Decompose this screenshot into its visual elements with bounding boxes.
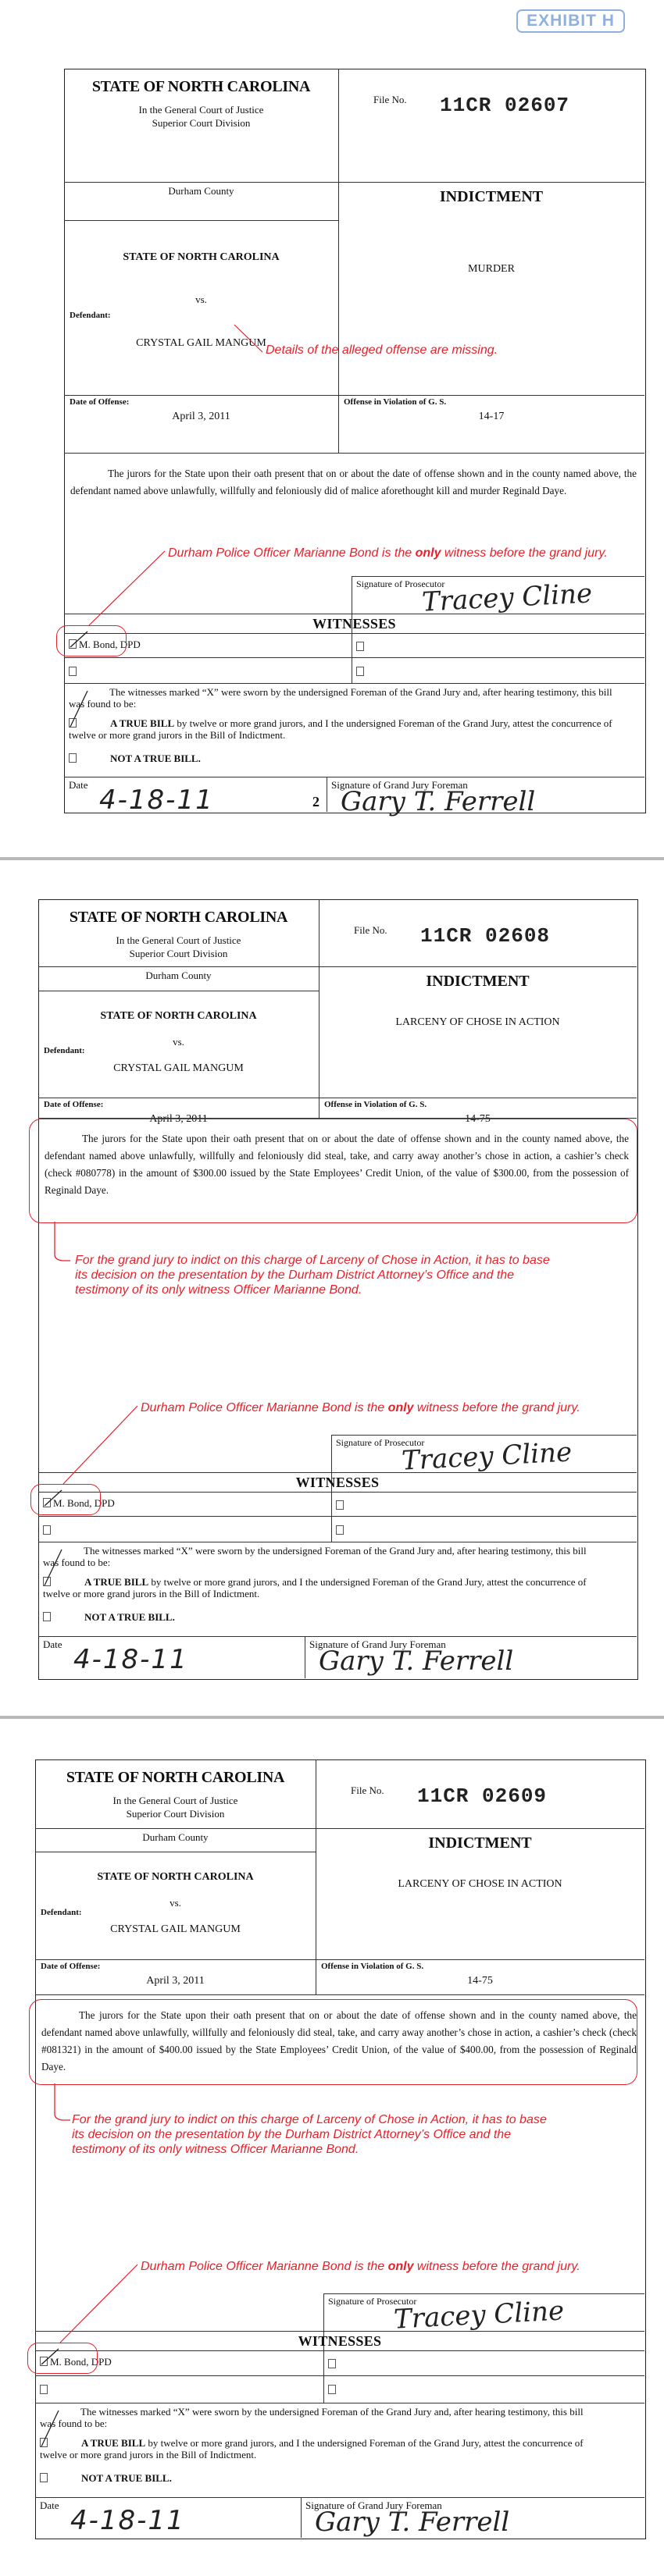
true-bill-text: by twelve or more grand jurors, and I th… — [145, 2437, 584, 2449]
page-separator — [0, 857, 664, 860]
annotation-text: Durham Police Officer Marianne Bond is t… — [141, 2260, 388, 2273]
offense-title: LARCENY OF CHOSE IN ACTION — [319, 1016, 637, 1029]
true-bill-label: A TRUE BILL — [81, 2437, 145, 2449]
date-foreman-divider — [327, 777, 327, 812]
indictment-heading: INDICTMENT — [316, 1834, 644, 1852]
witnesses-heading: WITNESSES — [35, 2333, 644, 2350]
offense-gs: 14-17 — [338, 411, 644, 423]
rule-line — [38, 1472, 637, 1473]
witness-checkbox-empty[interactable] — [336, 1499, 346, 1513]
true-bill-text-cont: twelve or more grand jurors in the Bill … — [69, 729, 285, 742]
court-line-2: Superior Court Division — [35, 1808, 316, 1820]
sworn-statement: The witnesses marked “X” were sworn by t… — [84, 1545, 587, 1557]
file-no-label: File No. — [373, 94, 407, 106]
annotation-text: Durham Police Officer Marianne Bond is t… — [168, 546, 416, 560]
true-bill-option: A TRUE BILL by twelve or more grand juro… — [40, 2437, 584, 2450]
rule-line — [35, 2350, 644, 2351]
witness-checkbox-empty[interactable] — [356, 665, 366, 679]
file-no-label: File No. — [351, 1784, 384, 1797]
court-line-1: In the General Court of Justice — [38, 934, 319, 947]
rule-line — [38, 1098, 637, 1098]
date-foreman-divider — [305, 1636, 305, 1678]
true-bill-checkbox[interactable] — [40, 2438, 48, 2447]
indictment-heading: INDICTMENT — [338, 188, 644, 206]
true-bill-option: A TRUE BILL by twelve or more grand juro… — [43, 1576, 587, 1589]
larceny-annotation: For the grand jury to indict on this cha… — [75, 1253, 550, 1297]
date-of-offense-label: Date of Offense: — [70, 397, 129, 407]
true-bill-text: by twelve or more grand jurors, and I th… — [148, 1576, 587, 1588]
prosecutor-signature-rule — [323, 2293, 644, 2294]
witness-highlight-oval — [27, 2343, 98, 2374]
date-of-offense-label: Date of Offense: — [41, 1962, 100, 1971]
rule-line — [35, 2403, 644, 2403]
county: Durham County — [35, 1831, 316, 1844]
date-label: Date — [43, 1638, 62, 1651]
larceny-annotation-line: For the grand jury to indict on this cha… — [72, 2112, 547, 2127]
rule-line — [35, 2375, 644, 2376]
rule-line — [64, 220, 338, 221]
true-bill-text-cont: twelve or more grand jurors in the Bill … — [40, 2449, 256, 2461]
rule-line — [64, 777, 644, 777]
offense-gs-label: Offense in Violation of G. S. — [344, 397, 446, 407]
defendant-name: CRYSTAL GAIL MANGUM — [38, 1062, 319, 1075]
witness-checkbox-empty[interactable] — [328, 2357, 338, 2371]
defendant-label: Defendant: — [41, 1908, 82, 1917]
rule-line — [35, 2497, 644, 2498]
file-no-label: File No. — [354, 924, 387, 937]
indictment-heading: INDICTMENT — [319, 973, 637, 991]
date-label: Date — [69, 779, 88, 792]
true-bill-text: by twelve or more grand jurors, and I th… — [174, 717, 612, 729]
date-of-offense: April 3, 2011 — [35, 1975, 316, 1987]
sworn-statement-cont: was found to be: — [43, 1557, 110, 1569]
true-bill-text-cont: twelve or more grand jurors in the Bill … — [43, 1588, 259, 1600]
caption-state: STATE OF NORTH CAROLINA — [38, 1010, 319, 1023]
file-number: 11CR 02608 — [420, 924, 550, 948]
indictment-form — [64, 69, 646, 813]
date-of-offense: April 3, 2011 — [64, 411, 338, 423]
annotation-emphasis: only — [416, 546, 441, 560]
handwritten-date: 4-18-11 — [73, 1644, 188, 1675]
rule-line — [338, 182, 644, 183]
rule-line — [38, 991, 319, 991]
larceny-annotation: For the grand jury to indict on this cha… — [72, 2112, 547, 2157]
court-line-2: Superior Court Division — [38, 948, 319, 960]
court-state-title: STATE OF NORTH CAROLINA — [35, 1769, 316, 1787]
not-true-bill-checkbox[interactable] — [69, 753, 77, 763]
prosecutor-signature-rule — [331, 1435, 637, 1436]
rule-line — [64, 657, 644, 658]
foreman-signature: Gary T. Ferrell — [341, 786, 535, 817]
foreman-signature: Gary T. Ferrell — [315, 2507, 509, 2538]
not-true-bill-label: NOT A TRUE BILL. — [110, 753, 201, 764]
witness-checkbox-empty[interactable] — [356, 640, 366, 654]
defendant-name: CRYSTAL GAIL MANGUM — [35, 1923, 316, 1936]
annotation-text: witness before the grand jury. — [413, 2260, 580, 2273]
offense-title: LARCENY OF CHOSE IN ACTION — [316, 1878, 644, 1891]
date-of-offense-label: Date of Offense: — [44, 1100, 103, 1109]
offense-gs: 14-75 — [316, 1975, 644, 1987]
true-bill-option: A TRUE BILL by twelve or more grand juro… — [69, 717, 612, 730]
rule-line — [64, 614, 644, 614]
not-true-bill-label: NOT A TRUE BILL. — [84, 1611, 175, 1623]
offense-gs-label: Offense in Violation of G. S. — [321, 1962, 423, 1971]
rule-line — [35, 1959, 644, 1960]
witnesses-heading: WITNESSES — [38, 1475, 637, 1491]
defendant-label: Defendant: — [44, 1046, 85, 1055]
witness-checkbox-empty[interactable] — [43, 1524, 53, 1538]
witness-checkbox-empty[interactable] — [336, 1524, 346, 1538]
larceny-annotation-line: its decision on the presentation by the … — [72, 2127, 547, 2142]
court-state-title: STATE OF NORTH CAROLINA — [64, 78, 338, 96]
rule-line — [64, 453, 644, 454]
body-highlight-box — [29, 1999, 637, 2085]
not-true-bill-option: NOT A TRUE BILL. — [40, 2472, 172, 2485]
not-true-bill-label: NOT A TRUE BILL. — [81, 2472, 172, 2484]
witness-checkbox-empty[interactable] — [328, 2383, 338, 2397]
caption-state: STATE OF NORTH CAROLINA — [35, 1871, 316, 1884]
court-state-title: STATE OF NORTH CAROLINA — [38, 909, 319, 927]
court-line-2: Superior Court Division — [64, 117, 338, 130]
exhibit-label: EXHIBIT H — [516, 9, 625, 33]
caption-state: STATE OF NORTH CAROLINA — [64, 251, 338, 264]
true-bill-label: A TRUE BILL — [84, 1576, 148, 1588]
rule-line — [35, 1852, 316, 1852]
offense-gs-label: Offense in Violation of G. S. — [324, 1100, 427, 1109]
page-marker: 2 — [312, 794, 320, 810]
caption-vs: vs. — [64, 294, 338, 306]
court-line-1: In the General Court of Justice — [64, 104, 338, 116]
file-number: 11CR 02609 — [417, 1784, 547, 1808]
handwritten-date: 4-18-11 — [99, 785, 214, 816]
offense-title: MURDER — [338, 263, 644, 276]
rule-line — [38, 1542, 637, 1542]
county: Durham County — [38, 970, 319, 982]
only-witness-annotation: Durham Police Officer Marianne Bond is t… — [168, 546, 608, 560]
page-separator — [0, 1716, 664, 1719]
not-true-bill-option: NOT A TRUE BILL. — [69, 753, 201, 765]
rule-line — [316, 1828, 644, 1829]
annotation-emphasis: only — [388, 1401, 414, 1414]
missing-details-annotation: Details of the alleged offense are missi… — [266, 343, 498, 358]
annotation-text: witness before the grand jury. — [441, 546, 607, 560]
handwritten-date: 4-18-11 — [70, 2505, 185, 2536]
larceny-annotation-line: testimony of its only witness Officer Ma… — [72, 2142, 547, 2157]
rule-line — [35, 1994, 644, 1995]
date-label: Date — [40, 2500, 59, 2512]
rule-line — [35, 2331, 644, 2332]
witness-checkbox-empty[interactable] — [69, 665, 79, 679]
sworn-statement-cont: was found to be: — [40, 2418, 107, 2430]
witness-highlight-oval — [30, 1484, 101, 1515]
true-bill-label: A TRUE BILL — [110, 717, 174, 729]
defendant-label: Defendant: — [70, 311, 111, 320]
larceny-annotation-line: For the grand jury to indict on this cha… — [75, 1253, 550, 1268]
court-line-1: In the General Court of Justice — [35, 1795, 316, 1807]
only-witness-annotation: Durham Police Officer Marianne Bond is t… — [141, 2260, 580, 2274]
not-true-bill-checkbox[interactable] — [40, 2473, 48, 2482]
sworn-statement: The witnesses marked “X” were sworn by t… — [80, 2406, 584, 2418]
column-divider — [319, 899, 320, 1118]
indictment-body: The jurors for the State upon their oath… — [70, 465, 637, 500]
larceny-annotation-line: its decision on the presentation by the … — [75, 1268, 550, 1283]
rule-line — [64, 633, 644, 634]
not-true-bill-option: NOT A TRUE BILL. — [43, 1611, 175, 1624]
only-witness-annotation: Durham Police Officer Marianne Bond is t… — [141, 1401, 580, 1415]
rule-line — [64, 683, 644, 684]
witnesses-heading: WITNESSES — [64, 616, 644, 632]
sworn-statement-cont: was found to be: — [69, 698, 136, 710]
annotation-text: Durham Police Officer Marianne Bond is t… — [141, 1401, 388, 1414]
rule-line — [38, 1636, 637, 1637]
rule-line — [38, 1516, 637, 1517]
foreman-signature: Gary T. Ferrell — [319, 1646, 513, 1677]
body-highlight-box — [29, 1119, 637, 1223]
sworn-statement: The witnesses marked “X” were sworn by t… — [109, 686, 612, 699]
county: Durham County — [64, 185, 338, 197]
rule-line — [319, 966, 637, 967]
witness-checkbox-empty[interactable] — [40, 2383, 50, 2397]
not-true-bill-checkbox[interactable] — [43, 1612, 51, 1621]
annotation-text: witness before the grand jury. — [413, 1401, 580, 1414]
true-bill-checkbox[interactable] — [69, 718, 77, 728]
rule-line — [38, 1492, 637, 1493]
date-foreman-divider — [301, 2497, 302, 2538]
larceny-annotation-line: testimony of its only witness Officer Ma… — [75, 1283, 550, 1297]
true-bill-checkbox[interactable] — [43, 1577, 51, 1586]
prosecutor-signature-rule — [352, 576, 644, 577]
annotation-emphasis: only — [388, 2260, 414, 2273]
witness-highlight-oval — [56, 625, 127, 656]
file-number: 11CR 02607 — [440, 94, 569, 117]
rule-line — [64, 395, 644, 396]
